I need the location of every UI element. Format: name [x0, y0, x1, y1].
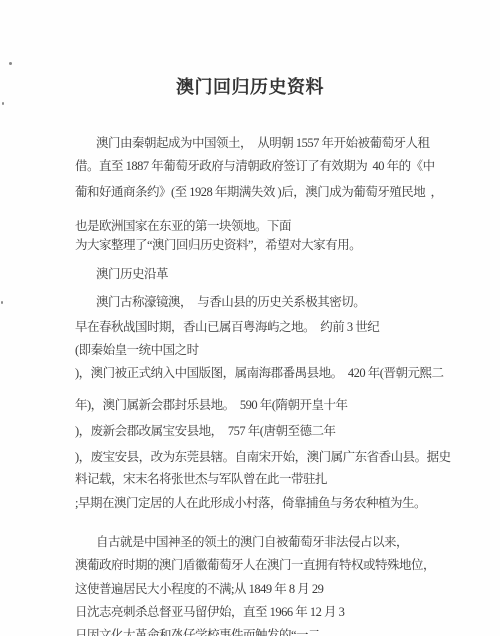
text-line: (即秦始皇一统中国之时	[75, 343, 199, 357]
text-line: 澳门由秦朝起成为中国领土， 从明朝 1557 年开始被葡萄牙人租	[96, 136, 430, 150]
document-title: 澳门回归历史资料	[0, 73, 500, 99]
text-line: 也是欧洲国家在东亚的第一块领地。下面	[75, 219, 291, 233]
scan-artifact	[1, 301, 3, 304]
text-line: 澳葡政府时期的澳门盾徽葡萄牙人在澳门一直拥有特权或特殊地位，	[75, 558, 435, 572]
text-line: 借。直至 1887 年葡萄牙政府与清朝政府签订了有效期为 40 年的《中	[75, 159, 435, 173]
text-line: ;早期在澳门定居的人在此形成小村落，倚靠捕鱼与务农种植为生。	[75, 496, 426, 510]
text-line: 早在春秋战国时期，香山已属百粤海屿之地。 约前 3 世纪	[75, 320, 379, 334]
text-line: 澳门古称濠镜澳， 与香山县的历史关系极其密切。	[96, 295, 365, 309]
text-line: 这使普遍居民大小程度的不满;从 1849 年 8 月 29	[75, 582, 323, 596]
text-line: )，澳门被正式纳入中国版图，属南海郡番禺县地。 420 年(晋朝元熙二	[75, 366, 443, 380]
scan-artifact	[2, 102, 4, 105]
text-line: 日沈志亮刺杀总督亚马留伊始，直至 1966 年 12 月 3	[75, 605, 344, 619]
text-line: 葡和好通商条约》(至 1928 年期满失效 )后，澳门成为葡萄牙殖民地 ，	[75, 185, 442, 199]
section-heading: 澳门历史沿革	[96, 267, 168, 281]
document-page: 澳门回归历史资料 澳门由秦朝起成为中国领土， 从明朝 1557 年开始被葡萄牙人…	[0, 0, 500, 636]
text-line: )，废新会郡改属宝安县地， 757 年(唐朝至德二年	[75, 424, 335, 438]
text-line: 料记载，宋末名将张世杰与军队曾在此一带驻扎	[75, 472, 327, 486]
text-line: )，废宝安县，改为东莞县辖。自南宋开始，澳门属广东省香山县。据史	[75, 450, 451, 464]
text-line-cutoff: 日因文化大革命和氹仔学校事件而触发的“一二	[75, 628, 320, 636]
text-line: 自古就是中国神圣的领土的澳门自被葡萄牙非法侵占以来，	[96, 535, 408, 549]
text-line: 为大家整理了“澳门回归历史资料”，希望对大家有用。	[75, 238, 361, 252]
scan-artifact	[9, 62, 12, 65]
text-line: 年)，澳门属新会郡封乐县地。 590 年(隋朝开皇十年	[75, 398, 347, 412]
